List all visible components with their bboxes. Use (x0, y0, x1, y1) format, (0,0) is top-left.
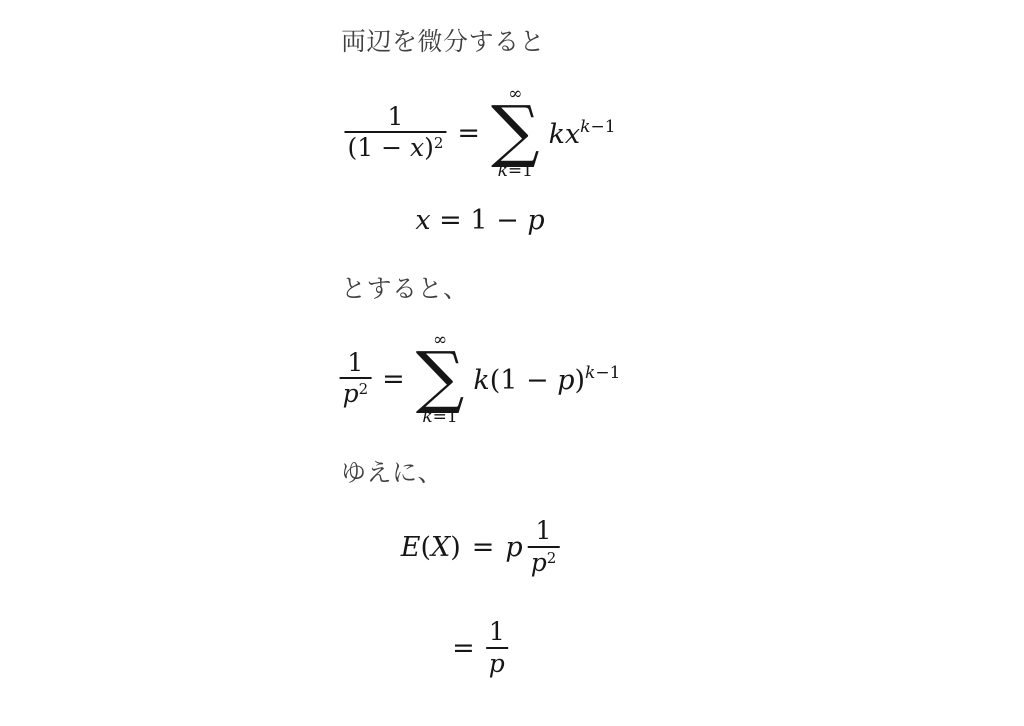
exponent-minus-1: −1 (595, 363, 620, 383)
equation-derivative-series: 1 (1 − x)2 = ∞ ∑ k=1 kxk−1 (344, 84, 615, 182)
paren-open-group: (1 − (347, 133, 410, 162)
fraction-denominator: p2 (528, 548, 560, 578)
variable-k: k (473, 365, 489, 396)
fraction-denominator: (1 − x)2 (344, 133, 446, 163)
index-k: k (498, 161, 508, 181)
paren-close: ) (450, 532, 461, 563)
fraction-numerator: 1 (384, 103, 406, 132)
equals-sign: = (457, 118, 480, 149)
jp-line-therefore: ゆえに、 (341, 453, 443, 489)
fraction-one-over-p: 1 p (486, 618, 508, 679)
equals-sign: = (382, 364, 405, 395)
fraction-denominator: p2 (340, 379, 372, 409)
fraction-one-over-one-minus-x-squared: 1 (1 − x)2 (344, 103, 446, 164)
summation-operator: ∞ ∑ k=1 (416, 330, 465, 428)
paren-close: ) (424, 133, 434, 162)
exponent-minus-1: −1 (590, 117, 615, 137)
fraction-one-over-p-squared: 1 p2 (528, 517, 560, 578)
equation-final-result: = 1 p (452, 618, 508, 679)
fraction-numerator: 1 (344, 349, 366, 378)
equals-sign: = (452, 633, 475, 664)
limit-value: =1 (433, 407, 458, 427)
exponent-k-minus-1: k−1 (585, 363, 620, 383)
fraction-numerator: 1 (533, 517, 555, 546)
variable-p: p (343, 379, 359, 408)
exponent-2: 2 (359, 380, 369, 398)
equation-series-in-p: 1 p2 = ∞ ∑ k=1 k(1 − p)k−1 (340, 330, 621, 428)
variable-E: E (401, 532, 421, 563)
expectation-lhs: E(X) (401, 532, 461, 563)
variable-p: p (531, 548, 547, 577)
variable-p: p (557, 365, 574, 396)
variable-X: X (431, 532, 450, 563)
index-k: k (422, 407, 432, 427)
paren-close: ) (574, 365, 585, 396)
exponent-k: k (580, 117, 590, 137)
equals-one-minus: = 1 − (431, 205, 528, 236)
sigma-icon: ∑ (491, 104, 540, 160)
jp-line-differentiate-both-sides: 両辺を微分すると (341, 22, 545, 58)
exponent-2: 2 (547, 549, 557, 567)
exponent-k: k (585, 363, 595, 383)
fraction-one-over-p-squared: 1 p2 (340, 349, 372, 410)
limit-value: =1 (508, 161, 533, 181)
lower-limit-k-equals-1: k=1 (498, 160, 533, 182)
exponent-k-minus-1: k−1 (580, 117, 615, 137)
summand-k-one-minus-p-power: k(1 − p)k−1 (473, 363, 620, 396)
jp-line-letting: とすると、 (341, 269, 469, 305)
equation-substitution: x = 1 − p (415, 205, 544, 236)
variable-x: x (410, 133, 424, 162)
equation-expected-value: E(X) = p 1 p2 (401, 517, 560, 578)
fraction-denominator: p (486, 649, 508, 679)
variable-p: p (527, 205, 544, 236)
document-page: 両辺を微分すると 1 (1 − x)2 = ∞ ∑ k=1 kxk−1 x = … (0, 0, 1024, 726)
lower-limit-k-equals-1: k=1 (422, 406, 457, 428)
paren-open: ( (420, 532, 431, 563)
exponent-2: 2 (434, 134, 444, 152)
summation-operator: ∞ ∑ k=1 (491, 84, 540, 182)
fraction-numerator: 1 (486, 618, 508, 647)
coefficient-p: p (505, 532, 522, 563)
equals-sign: = (472, 532, 495, 563)
variable-x: x (415, 205, 430, 236)
paren-open-group: (1 − (490, 365, 558, 396)
sigma-icon: ∑ (416, 350, 465, 406)
variables-kx: kx (549, 119, 581, 150)
summand-kx-power: kxk−1 (549, 117, 616, 150)
